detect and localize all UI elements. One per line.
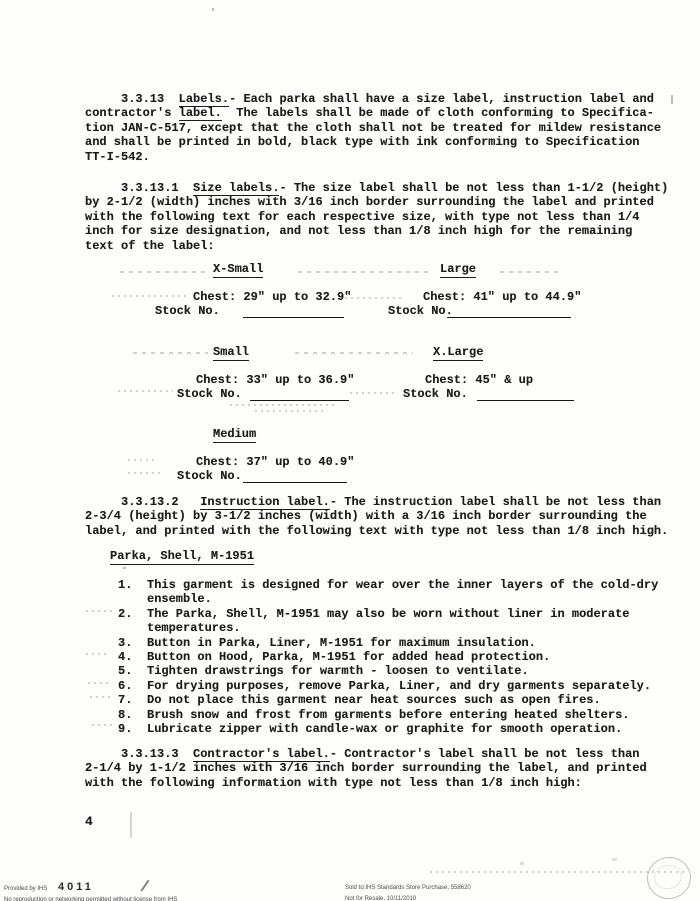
size-heading-small: Small bbox=[213, 345, 249, 361]
text-line: TT-I-542. bbox=[85, 150, 675, 164]
footer-license-line: No reproduction or networking permitted … bbox=[4, 897, 324, 901]
footer-not-for-resale: Not for Resale, 10/11/2010 bbox=[345, 896, 416, 901]
scan-speck bbox=[123, 567, 126, 569]
instruction-label-heading: Parka, Shell, M-1951 bbox=[110, 549, 254, 565]
instruction-list-item: 9.Lubricate zipper with candle-wax or gr… bbox=[118, 722, 678, 736]
scan-speck bbox=[612, 858, 617, 861]
size-heading-x-small: X-Small bbox=[213, 262, 263, 278]
chest-range-medium: Chest: 37" up to 40.9" bbox=[196, 455, 354, 469]
list-item-number: 8. bbox=[118, 708, 132, 722]
scan-smudge bbox=[350, 392, 398, 394]
text-line: 3.3.13.2 Instruction label.- The instruc… bbox=[85, 495, 680, 509]
scan-smudge bbox=[90, 696, 112, 698]
scan-speck bbox=[520, 862, 524, 865]
list-item-text: Button on Hood, Parka, M-1951 for added … bbox=[147, 650, 678, 664]
scan-smudge bbox=[128, 459, 158, 461]
scan-smudge bbox=[430, 871, 685, 873]
text-line: tion JAN-C-517, except that the cloth sh… bbox=[85, 121, 675, 135]
scan-speck bbox=[671, 95, 673, 104]
list-item-number: 1. bbox=[118, 578, 132, 592]
list-item-text: Do not place this garment near heat sour… bbox=[147, 693, 678, 707]
text-line: 2-1/4 by 1-1/2 inches with 3/16 inch bor… bbox=[85, 761, 680, 775]
scan-smudge bbox=[88, 682, 112, 684]
page-number: 4 bbox=[85, 815, 93, 829]
stock-no-blank-large bbox=[447, 315, 571, 318]
scan-smudge bbox=[500, 271, 560, 273]
ink-stamp-icon bbox=[644, 853, 695, 901]
chest-range-x-large: Chest: 45" & up bbox=[425, 373, 533, 387]
size-heading-large: Large bbox=[440, 262, 476, 278]
list-item-number: 7. bbox=[118, 693, 132, 707]
text-line: and shall be printed in bold, black type… bbox=[85, 135, 675, 149]
document-page: 3.3.13 Labels.- Each parka shall have a … bbox=[0, 0, 700, 901]
text-line: with the following information with type… bbox=[85, 776, 680, 790]
text-line: by 2-1/2 (width) inches with 3/16 inch b… bbox=[85, 195, 680, 209]
scan-smudge bbox=[120, 271, 205, 273]
instruction-list-item: 4.Button on Hood, Parka, M-1951 for adde… bbox=[118, 650, 678, 664]
stock-no-blank-medium bbox=[243, 480, 347, 483]
size-heading-x-large: X.Large bbox=[433, 345, 483, 361]
list-item-text: This garment is designed for wear over t… bbox=[147, 578, 678, 607]
instruction-list: 1.This garment is designed for wear over… bbox=[118, 578, 678, 736]
footer-doc-number-stamp: 4011 bbox=[58, 881, 94, 893]
instruction-list-item: 2.The Parka, Shell, M-1951 may also be w… bbox=[118, 607, 678, 636]
instruction-list-item: 1.This garment is designed for wear over… bbox=[118, 578, 678, 607]
list-item-number: 2. bbox=[118, 607, 132, 621]
list-item-number: 4. bbox=[118, 650, 132, 664]
text-line: text of the label: bbox=[85, 239, 680, 253]
list-item-number: 3. bbox=[118, 636, 132, 650]
scan-smudge bbox=[118, 390, 173, 392]
pen-mark bbox=[140, 880, 149, 892]
scan-smudge bbox=[298, 271, 430, 273]
chest-range-x-small: Chest: 29" up to 32.9" bbox=[193, 290, 351, 304]
scan-smudge bbox=[112, 295, 190, 297]
scan-smudge bbox=[255, 410, 325, 412]
paragraph-3-3-13-2-instruction-label: 3.3.13.2 Instruction label.- The instruc… bbox=[85, 495, 680, 538]
instruction-list-item: 3.Button in Parka, Liner, M-1951 for max… bbox=[118, 636, 678, 650]
list-item-text: The Parka, Shell, M-1951 may also be wor… bbox=[147, 607, 678, 636]
chest-range-small: Chest: 33" up to 36.9" bbox=[196, 373, 354, 387]
scan-smudge bbox=[230, 404, 338, 406]
text-line: contractor's label. The labels shall be … bbox=[85, 106, 675, 120]
list-item-text: Button in Parka, Liner, M-1951 for maxim… bbox=[147, 636, 678, 650]
instruction-list-item: 8.Brush snow and frost from garments bef… bbox=[118, 708, 678, 722]
text-line: inch for size designation, and not less … bbox=[85, 224, 680, 238]
text-line: 3.3.13.3 Contractor's label.- Contractor… bbox=[85, 747, 680, 761]
list-item-text: Lubricate zipper with candle-wax or grap… bbox=[147, 722, 678, 736]
paragraph-3-3-13-labels: 3.3.13 Labels.- Each parka shall have a … bbox=[85, 92, 675, 164]
text-line: with the following text for each respect… bbox=[85, 210, 680, 224]
stock-no-label-x-small: Stock No. bbox=[155, 304, 220, 318]
stock-no-label-small: Stock No. bbox=[177, 387, 242, 401]
scan-smudge bbox=[128, 472, 163, 474]
instruction-list-item: 7.Do not place this garment near heat so… bbox=[118, 693, 678, 707]
list-item-number: 5. bbox=[118, 664, 132, 678]
scan-smudge bbox=[295, 352, 413, 354]
stock-no-blank-small bbox=[250, 398, 349, 401]
list-item-number: 9. bbox=[118, 722, 132, 736]
stock-no-blank-x-large bbox=[477, 398, 574, 401]
stock-no-blank-x-small bbox=[243, 315, 344, 318]
footer-provided-by: Provided by IHS bbox=[4, 886, 47, 893]
text-line: 3.3.13.1 Size labels.- The size label sh… bbox=[85, 181, 680, 195]
scan-speck bbox=[212, 8, 214, 11]
text-line: 3.3.13 Labels.- Each parka shall have a … bbox=[85, 92, 675, 106]
stock-no-label-medium: Stock No. bbox=[177, 469, 242, 483]
text-line: 2-3/4 (height) by 3-1/2 inches (width) w… bbox=[85, 509, 680, 523]
scan-smudge bbox=[133, 352, 208, 354]
paragraph-3-3-13-3-contractors-label: 3.3.13.3 Contractor's label.- Contractor… bbox=[85, 747, 680, 790]
list-item-text: For drying purposes, remove Parka, Liner… bbox=[147, 679, 678, 693]
list-item-text: Brush snow and frost from garments befor… bbox=[147, 708, 678, 722]
stock-no-label-large: Stock No. bbox=[388, 304, 453, 318]
scan-smudge bbox=[345, 297, 405, 299]
size-heading-medium: Medium bbox=[213, 427, 256, 443]
scan-smudge bbox=[92, 724, 116, 726]
instruction-list-item: 6.For drying purposes, remove Parka, Lin… bbox=[118, 679, 678, 693]
paragraph-3-3-13-1-size-labels: 3.3.13.1 Size labels.- The size label sh… bbox=[85, 181, 680, 253]
chest-range-large: Chest: 41" up to 44.9" bbox=[423, 290, 581, 304]
list-item-number: 6. bbox=[118, 679, 132, 693]
list-item-text: Tighten drawstrings for warmth - loosen … bbox=[147, 664, 678, 678]
scan-smudge bbox=[86, 610, 114, 612]
footer-sold-to: Sold to:IHS Standards Store Purchase, 55… bbox=[345, 885, 471, 892]
stock-no-label-x-large: Stock No. bbox=[403, 387, 468, 401]
instruction-list-item: 5.Tighten drawstrings for warmth - loose… bbox=[118, 664, 678, 678]
scan-speck bbox=[130, 812, 132, 838]
scan-smudge bbox=[86, 653, 110, 655]
text-line: label, and printed with the following te… bbox=[85, 524, 680, 538]
